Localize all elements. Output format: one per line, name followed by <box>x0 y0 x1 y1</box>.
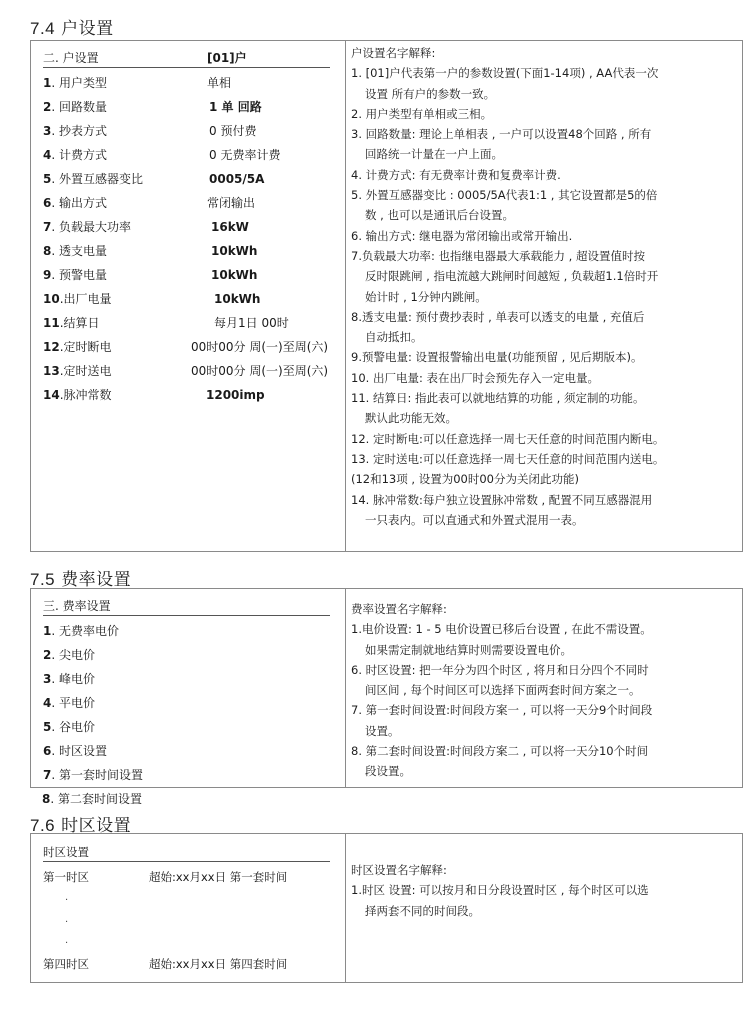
column-divider <box>345 41 346 551</box>
explanation-line: 设置 所有户的参数一致。 <box>351 84 739 104</box>
explanation-title: 时区设置名字解释: <box>351 860 739 880</box>
ellipsis-dot: . <box>65 914 68 925</box>
explanation-line: 择两套不同的时间段。 <box>351 901 739 921</box>
timezone-value: 超始:xx月xx日 第一套时间 <box>149 869 287 885</box>
explanation-line: 5. 外置互感器变比 : 0005/5A代表1:1 , 其它设置都是5的倍 <box>351 185 739 205</box>
explanation-line: 3. 回路数量: 理论上单相表 , 一户可以设置48个回路 , 所有 <box>351 124 739 144</box>
explanation-line: 反时限跳闸 , 指电流越大跳闸时间越短 , 负载超1.1倍时开 <box>351 266 739 286</box>
explanation-line: 7.负载最大功率: 也指继电器最大承载能力 , 超设置值时按 <box>351 246 739 266</box>
item-label: . 尖电价 <box>51 648 95 662</box>
item-label: .脉冲常数 <box>60 388 112 402</box>
menu-item-output-mode: 6. 输出方式常闭输出 <box>43 195 343 211</box>
column-divider <box>345 589 346 787</box>
menu-item-ct-ratio: 5. 外置互感器变比0005/5A <box>43 171 343 187</box>
ellipsis-dot: . <box>65 935 68 946</box>
explanation-line: 6. 输出方式: 继电器为常闭输出或常开输出. <box>351 226 739 246</box>
explanation-line: 8.透支电量: 预付费抄表时 , 单表可以透支的电量 , 充值后 <box>351 307 739 327</box>
item-value: 00时00分 周(一)至周(六) <box>191 339 328 355</box>
item-value: 常闭输出 <box>207 195 255 211</box>
explanation-title: 费率设置名字解释: <box>351 599 739 619</box>
explanation-line: 设置。 <box>351 721 739 741</box>
item-value: 0005/5A <box>209 171 264 187</box>
explanation-line: 数 , 也可以是通讯后台设置。 <box>351 205 739 225</box>
item-label: . 回路数量 <box>51 100 107 114</box>
menu-header: 二. 户设置 [01]户 <box>43 49 330 68</box>
explanation-line: 默认此功能无效。 <box>351 408 739 428</box>
item-label: .出厂电量 <box>60 292 112 306</box>
explanation-line: 12. 定时断电:可以任意选择一周七天任意的时间范围内断电。 <box>351 429 739 449</box>
item-value: 每月1日 00时 <box>214 315 289 331</box>
ellipsis-dot: . <box>65 892 68 903</box>
item-value: 00时00分 周(一)至周(六) <box>191 363 328 379</box>
timezone-label: 第四时区 <box>43 957 89 971</box>
item-label: . 用户类型 <box>51 76 107 90</box>
item-label: . 时区设置 <box>51 744 107 758</box>
explanation-line: 回路统一计量在一户上面。 <box>351 144 739 164</box>
timezone-row-first: 第一时区超始:xx月xx日 第一套时间 <box>43 869 343 885</box>
item-label: . 输出方式 <box>51 196 107 210</box>
timezone-row-fourth: 第四时区超始:xx月xx日 第四套时间 <box>43 956 343 972</box>
column-divider <box>345 834 346 982</box>
explanation-line: 1.电价设置: 1 - 5 电价设置已移后台设置 , 在此不需设置。 <box>351 619 739 639</box>
item-number: 12 <box>43 340 60 354</box>
menu-item-warning: 9. 预警电量10kWh <box>43 267 343 283</box>
menu-item-schedule-2: 8. 第二套时间设置 <box>42 790 142 807</box>
explanation-line: 8. 第二套时间设置:时间段方案二 , 可以将一天分10个时间 <box>351 741 739 761</box>
explanation-line: 10. 出厂电量: 表在出厂时会预先存入一定电量。 <box>351 368 739 388</box>
section-title-text: 户设置 <box>61 19 114 38</box>
item-label: . 预警电量 <box>51 268 107 282</box>
item-value: 10kWh <box>214 291 260 307</box>
menu-item-peak-price: 3. 峰电价 <box>43 671 343 687</box>
household-settings-table: 二. 户设置 [01]户 1. 用户类型单相 2. 回路数量1 单 回路 3. … <box>30 40 743 552</box>
menu-header-label: 时区设置 <box>43 845 89 859</box>
section-title-7-5: 7.5费率设置 <box>30 565 131 590</box>
menu-item-timed-off: 12.定时断电00时00分 周(一)至周(六) <box>43 339 343 355</box>
menu-item-factory-energy: 10.出厂电量10kWh <box>43 291 343 307</box>
menu-item-user-type: 1. 用户类型单相 <box>43 75 343 91</box>
item-value: 10kWh <box>211 243 257 259</box>
item-number: 14 <box>43 388 60 402</box>
menu-item-flat-rate: 1. 无费率电价 <box>43 623 343 639</box>
item-label: . 抄表方式 <box>51 124 107 138</box>
menu-header: 三. 费率设置 <box>43 597 330 616</box>
item-label: . 峰电价 <box>51 672 95 686</box>
explanation-line: 自动抵扣。 <box>351 327 739 347</box>
explanation-line: 4. 计费方式: 有无费率计费和复费率计费. <box>351 165 739 185</box>
menu-header: 时区设置 <box>43 843 330 862</box>
item-label: . 谷电价 <box>51 720 95 734</box>
tariff-settings-table: 三. 费率设置 1. 无费率电价 2. 尖电价 3. 峰电价 4. 平电价 5.… <box>30 588 743 788</box>
explanation-line: 11. 结算日: 指此表可以就地结算的功能 , 须定制的功能。 <box>351 388 739 408</box>
explanation-line: 段设置。 <box>351 761 739 781</box>
menu-item-settlement-day: 11.结算日每月1日 00时 <box>43 315 343 331</box>
menu-item-pulse-constant: 14.脉冲常数1200imp <box>43 387 343 403</box>
item-value: 1 单 回路 <box>209 99 262 115</box>
menu-item-sharp-price: 2. 尖电价 <box>43 647 343 663</box>
menu-item-timed-on: 13.定时送电00时00分 周(一)至周(六) <box>43 363 343 379</box>
item-label: .定时断电 <box>60 340 112 354</box>
explanation-line: 13. 定时送电:可以任意选择一周七天任意的时间范围内送电。 <box>351 449 739 469</box>
item-label: . 无费率电价 <box>51 624 119 638</box>
explanation-line: 1.时区 设置: 可以按月和日分段设置时区 , 每个时区可以选 <box>351 880 739 900</box>
item-value: 10kWh <box>211 267 257 283</box>
menu-item-overdraft: 8. 透支电量10kWh <box>43 243 343 259</box>
menu-header-value: [01]户 <box>207 49 247 67</box>
item-label: . 负载最大功率 <box>51 220 131 234</box>
timezone-settings-table: 时区设置 第一时区超始:xx月xx日 第一套时间 . . . 第四时区超始:xx… <box>30 833 743 983</box>
menu-item-reading-mode: 3. 抄表方式0 预付费 <box>43 123 343 139</box>
menu-item-billing-mode: 4. 计费方式0 无费率计费 <box>43 147 343 163</box>
section-title-text: 费率设置 <box>61 570 131 589</box>
explanation-line: 一只表内。可以直通式和外置式混用一表。 <box>351 510 739 530</box>
item-number: 13 <box>43 364 60 378</box>
item-number: 10 <box>43 292 60 306</box>
household-explanation: 户设置名字解释: 1. [01]户代表第一户的参数设置(下面1-14项) , A… <box>351 43 739 530</box>
timezone-value: 超始:xx月xx日 第四套时间 <box>149 956 287 972</box>
explanation-line: 间区间 , 每个时间区可以选择下面两套时间方案之一。 <box>351 680 739 700</box>
section-number: 7.5 <box>30 570 55 589</box>
item-label: . 计费方式 <box>51 148 107 162</box>
menu-item-max-load: 7. 负载最大功率16kW <box>43 219 343 235</box>
explanation-line: 14. 脉冲常数:每户独立设置脉冲常数 , 配置不同互感器混用 <box>351 490 739 510</box>
item-label: . 外置互感器变比 <box>51 172 143 186</box>
item-number: 11 <box>43 316 60 330</box>
item-value: 16kW <box>211 219 249 235</box>
explanation-line: 2. 用户类型有单相或三相。 <box>351 104 739 124</box>
explanation-title: 户设置名字解释: <box>351 43 739 63</box>
item-value: 0 无费率计费 <box>209 147 280 163</box>
menu-header-label: 三. 费率设置 <box>43 599 111 613</box>
tariff-explanation: 费率设置名字解释: 1.电价设置: 1 - 5 电价设置已移后台设置 , 在此不… <box>351 599 739 782</box>
timezone-explanation: 时区设置名字解释: 1.时区 设置: 可以按月和日分段设置时区 , 每个时区可以… <box>351 860 739 921</box>
explanation-line: 始计时 , 1分钟内跳闸。 <box>351 287 739 307</box>
explanation-line: (12和13项 , 设置为00时00分为关闭此功能) <box>351 469 739 489</box>
item-value: 单相 <box>207 75 231 91</box>
item-label: .定时送电 <box>60 364 112 378</box>
menu-item-timezone: 6. 时区设置 <box>43 743 343 759</box>
item-label: .结算日 <box>60 316 100 330</box>
explanation-line: 7. 第一套时间设置:时间段方案一 , 可以将一天分9个时间段 <box>351 700 739 720</box>
explanation-line: 9.预警电量: 设置报警输出电量(功能预留 , 见后期版本)。 <box>351 347 739 367</box>
explanation-line: 如果需定制就地结算时则需要设置电价。 <box>351 640 739 660</box>
item-value: 1200imp <box>206 387 265 403</box>
item-label: . 透支电量 <box>51 244 107 258</box>
menu-item-normal-price: 4. 平电价 <box>43 695 343 711</box>
section-number: 7.4 <box>30 19 55 38</box>
menu-header-label: 二. 户设置 <box>43 51 99 65</box>
menu-item-loop-count: 2. 回路数量1 单 回路 <box>43 99 343 115</box>
menu-item-valley-price: 5. 谷电价 <box>43 719 343 735</box>
item-label: . 平电价 <box>51 696 95 710</box>
item-value: 0 预付费 <box>209 123 256 139</box>
timezone-label: 第一时区 <box>43 870 89 884</box>
explanation-line: 6. 时区设置: 把一年分为四个时区 , 将月和日分四个不同时 <box>351 660 739 680</box>
explanation-line: 1. [01]户代表第一户的参数设置(下面1-14项) , AA代表一次 <box>351 63 739 83</box>
item-label: . 第二套时间设置 <box>50 792 142 806</box>
menu-item-schedule-1: 7. 第一套时间设置 <box>43 767 343 783</box>
section-title-7-4: 7.4户设置 <box>30 14 114 39</box>
item-label: . 第一套时间设置 <box>51 768 143 782</box>
